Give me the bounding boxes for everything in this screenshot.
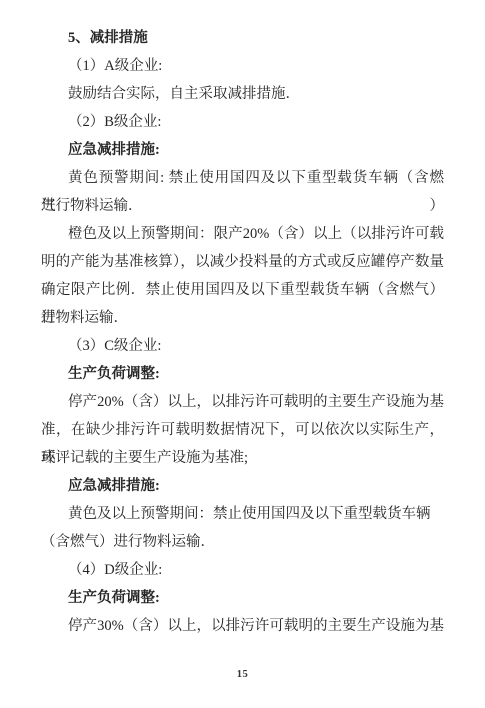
subheading-production-load-c: 生产负荷调整: — [41, 360, 444, 388]
para-yellow-warning-c-line1: 黄色及以上预警期间：禁止使用国四及以下重型载货车辆 — [41, 500, 444, 528]
document-body: 5、减排措施 （1）A级企业: 鼓励结合实际，自主采取减排措施． （2）B级企业… — [41, 24, 444, 640]
label-grade-a-enterprise: （1）A级企业: — [41, 52, 444, 80]
para-orange-warning-b-line2: 明的产能为基准核算），以减少投料量的方式或反应罐停产数量 — [41, 248, 444, 276]
subheading-emergency-measures-b: 应急减排措施: — [41, 136, 444, 164]
subheading-production-load-d: 生产负荷调整: — [41, 584, 444, 612]
label-grade-b-enterprise: （2）B级企业: — [41, 108, 444, 136]
document-page: 5、减排措施 （1）A级企业: 鼓励结合实际，自主采取减排措施． （2）B级企业… — [0, 0, 485, 708]
label-grade-d-enterprise: （4）D级企业: — [41, 556, 444, 584]
para-production-load-c-line3: 环评记载的主要生产设施为基准; — [41, 444, 444, 472]
heading-reduction-measures: 5、减排措施 — [41, 24, 444, 52]
para-production-load-d-line1: 停产30%（含）以上，以排污许可载明的主要生产设施为基 — [41, 612, 444, 640]
para-yellow-warning-c-line2: （含燃气）进行物料运输． — [41, 528, 444, 556]
para-grade-a-measure: 鼓励结合实际，自主采取减排措施． — [41, 80, 444, 108]
para-production-load-c-line2: 准，在缺少排污许可载明数据情况下，可以依次以实际生产，或 — [41, 416, 444, 444]
para-orange-warning-b-line1: 橙色及以上预警期间：限产20%（含）以上（以排污许可载 — [41, 220, 444, 248]
para-production-load-c-line1: 停产20%（含）以上，以排污许可载明的主要生产设施为基 — [41, 388, 444, 416]
para-orange-warning-b-line3: 确定限产比例．禁止使用国四及以下重型载货车辆（含燃气）进 — [41, 276, 444, 304]
subheading-emergency-measures-c: 应急减排措施: — [41, 472, 444, 500]
page-number: 15 — [0, 669, 485, 680]
label-grade-c-enterprise: （3）C级企业: — [41, 332, 444, 360]
para-yellow-warning-b-line1: 黄色预警期间: 禁止使用国四及以下重型载货车辆（含燃气） — [41, 164, 444, 192]
para-orange-warning-b-line4: 行物料运输． — [41, 304, 444, 332]
